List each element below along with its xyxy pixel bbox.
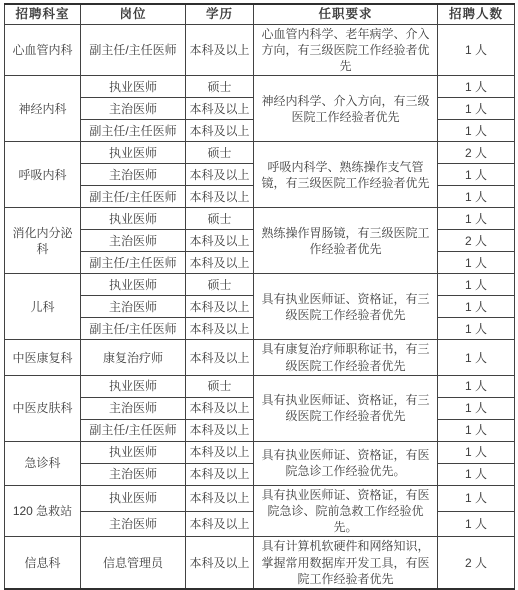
header-cell-position: 岗位 bbox=[81, 4, 186, 24]
table-row: 心血管内科 副主任/主任医师 本科及以上 心血管内科学、老年病学、介入方向，有三… bbox=[5, 24, 515, 76]
requirement-cell: 具有执业医师证、资格证，有三级医院工作经验者优先 bbox=[254, 375, 438, 441]
education-cell: 本科及以上 bbox=[186, 186, 254, 208]
table-row: 消化内分泌科 执业医师 硕士 熟练操作胃肠镜，有三级医院工作经验者优先 1 人 bbox=[5, 208, 515, 230]
education-cell: 本科及以上 bbox=[186, 318, 254, 340]
header-cell-count: 招聘人数 bbox=[438, 4, 515, 24]
requirement-cell: 具有计算机软硬件和网络知识，掌握常用数据库开发工具，有医院工作经验者优先 bbox=[254, 537, 438, 589]
count-cell: 1 人 bbox=[438, 375, 515, 397]
department-cell: 中医康复科 bbox=[5, 340, 81, 375]
count-cell: 1 人 bbox=[438, 511, 515, 537]
count-cell: 1 人 bbox=[438, 397, 515, 419]
education-cell: 本科及以上 bbox=[186, 397, 254, 419]
count-cell: 1 人 bbox=[438, 463, 515, 485]
department-cell: 心血管内科 bbox=[5, 24, 81, 76]
count-cell: 1 人 bbox=[438, 186, 515, 208]
education-cell: 本科及以上 bbox=[186, 98, 254, 120]
education-cell: 本科及以上 bbox=[186, 511, 254, 537]
department-cell: 中医皮肤科 bbox=[5, 375, 81, 441]
position-cell: 信息管理员 bbox=[81, 537, 186, 589]
education-cell: 本科及以上 bbox=[186, 252, 254, 274]
count-cell: 1 人 bbox=[438, 164, 515, 186]
department-cell: 消化内分泌科 bbox=[5, 208, 81, 274]
position-cell: 副主任/主任医师 bbox=[81, 252, 186, 274]
count-cell: 1 人 bbox=[438, 274, 515, 296]
count-cell: 2 人 bbox=[438, 142, 515, 164]
requirement-cell: 具有执业医师证、资格证，有三级医院工作经验者优先 bbox=[254, 274, 438, 340]
department-cell: 信息科 bbox=[5, 537, 81, 589]
count-cell: 1 人 bbox=[438, 76, 515, 98]
count-cell: 1 人 bbox=[438, 208, 515, 230]
education-cell: 本科及以上 bbox=[186, 120, 254, 142]
count-cell: 1 人 bbox=[438, 24, 515, 76]
position-cell: 副主任/主任医师 bbox=[81, 419, 186, 441]
header-cell-education: 学历 bbox=[186, 4, 254, 24]
position-cell: 主治医师 bbox=[81, 463, 186, 485]
department-cell: 神经内科 bbox=[5, 76, 81, 142]
education-cell: 硕士 bbox=[186, 208, 254, 230]
requirement-cell: 具有执业医师证、资格证，有医院急诊、院前急救工作经验优先。 bbox=[254, 485, 438, 537]
count-cell: 1 人 bbox=[438, 98, 515, 120]
education-cell: 本科及以上 bbox=[186, 296, 254, 318]
count-cell: 2 人 bbox=[438, 230, 515, 252]
education-cell: 硕士 bbox=[186, 375, 254, 397]
table-row: 儿科 执业医师 硕士 具有执业医师证、资格证，有三级医院工作经验者优先 1 人 bbox=[5, 274, 515, 296]
education-cell: 本科及以上 bbox=[186, 441, 254, 463]
education-cell: 本科及以上 bbox=[186, 164, 254, 186]
education-cell: 本科及以上 bbox=[186, 463, 254, 485]
requirement-cell: 呼吸内科学、熟练操作支气管镜，有三级医院工作经验者优先 bbox=[254, 142, 438, 208]
count-cell: 1 人 bbox=[438, 419, 515, 441]
count-cell: 1 人 bbox=[438, 120, 515, 142]
position-cell: 执业医师 bbox=[81, 274, 186, 296]
position-cell: 康复治疗师 bbox=[81, 340, 186, 375]
position-cell: 主治医师 bbox=[81, 397, 186, 419]
education-cell: 本科及以上 bbox=[186, 537, 254, 589]
table-row: 120 急救站 执业医师 本科及以上 具有执业医师证、资格证，有医院急诊、院前急… bbox=[5, 485, 515, 511]
position-cell: 副主任/主任医师 bbox=[81, 318, 186, 340]
position-cell: 执业医师 bbox=[81, 76, 186, 98]
education-cell: 本科及以上 bbox=[186, 419, 254, 441]
position-cell: 执业医师 bbox=[81, 142, 186, 164]
position-cell: 执业医师 bbox=[81, 375, 186, 397]
requirement-cell: 心血管内科学、老年病学、介入方向，有三级医院工作经验者优先 bbox=[254, 24, 438, 76]
count-cell: 1 人 bbox=[438, 318, 515, 340]
header-cell-department: 招聘科室 bbox=[5, 4, 81, 24]
count-cell: 1 人 bbox=[438, 485, 515, 511]
position-cell: 主治医师 bbox=[81, 164, 186, 186]
table-row: 呼吸内科 执业医师 硕士 呼吸内科学、熟练操作支气管镜，有三级医院工作经验者优先… bbox=[5, 142, 515, 164]
position-cell: 执业医师 bbox=[81, 441, 186, 463]
position-cell: 副主任/主任医师 bbox=[81, 120, 186, 142]
education-cell: 硕士 bbox=[186, 142, 254, 164]
table-row: 急诊科 执业医师 本科及以上 具有执业医师证、资格证，有医院急诊工作经验优先。 … bbox=[5, 441, 515, 463]
table-row: 神经内科 执业医师 硕士 神经内科学、介入方向，有三级医院工作经验者优先 1 人 bbox=[5, 76, 515, 98]
department-cell: 儿科 bbox=[5, 274, 81, 340]
count-cell: 1 人 bbox=[438, 296, 515, 318]
position-cell: 主治医师 bbox=[81, 230, 186, 252]
requirement-cell: 具有康复治疗师职称证书，有三级医院工作经验者优先 bbox=[254, 340, 438, 375]
count-cell: 1 人 bbox=[438, 340, 515, 375]
education-cell: 本科及以上 bbox=[186, 24, 254, 76]
position-cell: 执业医师 bbox=[81, 208, 186, 230]
table-header-row: 招聘科室 岗位 学历 任职要求 招聘人数 bbox=[5, 4, 515, 24]
count-cell: 2 人 bbox=[438, 537, 515, 589]
table-row: 中医康复科 康复治疗师 本科及以上 具有康复治疗师职称证书，有三级医院工作经验者… bbox=[5, 340, 515, 375]
education-cell: 本科及以上 bbox=[186, 230, 254, 252]
table-row: 中医皮肤科 执业医师 硕士 具有执业医师证、资格证，有三级医院工作经验者优先 1… bbox=[5, 375, 515, 397]
education-cell: 硕士 bbox=[186, 76, 254, 98]
requirement-cell: 熟练操作胃肠镜，有三级医院工作经验者优先 bbox=[254, 208, 438, 274]
position-cell: 执业医师 bbox=[81, 485, 186, 511]
position-cell: 主治医师 bbox=[81, 296, 186, 318]
count-cell: 1 人 bbox=[438, 252, 515, 274]
header-cell-requirement: 任职要求 bbox=[254, 4, 438, 24]
education-cell: 本科及以上 bbox=[186, 340, 254, 375]
recruitment-notice-page: 招聘科室 岗位 学历 任职要求 招聘人数 心血管内科 副主任/主任医师 本科及以… bbox=[0, 0, 518, 587]
requirement-cell: 神经内科学、介入方向，有三级医院工作经验者优先 bbox=[254, 76, 438, 142]
table-row: 信息科 信息管理员 本科及以上 具有计算机软硬件和网络知识，掌握常用数据库开发工… bbox=[5, 537, 515, 589]
position-cell: 主治医师 bbox=[81, 98, 186, 120]
position-cell: 副主任/主任医师 bbox=[81, 186, 186, 208]
education-cell: 硕士 bbox=[186, 274, 254, 296]
position-cell: 副主任/主任医师 bbox=[81, 24, 186, 76]
department-cell: 120 急救站 bbox=[5, 485, 81, 537]
requirement-cell: 具有执业医师证、资格证，有医院急诊工作经验优先。 bbox=[254, 441, 438, 485]
count-cell: 1 人 bbox=[438, 441, 515, 463]
recruitment-table: 招聘科室 岗位 学历 任职要求 招聘人数 心血管内科 副主任/主任医师 本科及以… bbox=[4, 3, 515, 590]
department-cell: 急诊科 bbox=[5, 441, 81, 485]
department-cell: 呼吸内科 bbox=[5, 142, 81, 208]
position-cell: 主治医师 bbox=[81, 511, 186, 537]
education-cell: 本科及以上 bbox=[186, 485, 254, 511]
